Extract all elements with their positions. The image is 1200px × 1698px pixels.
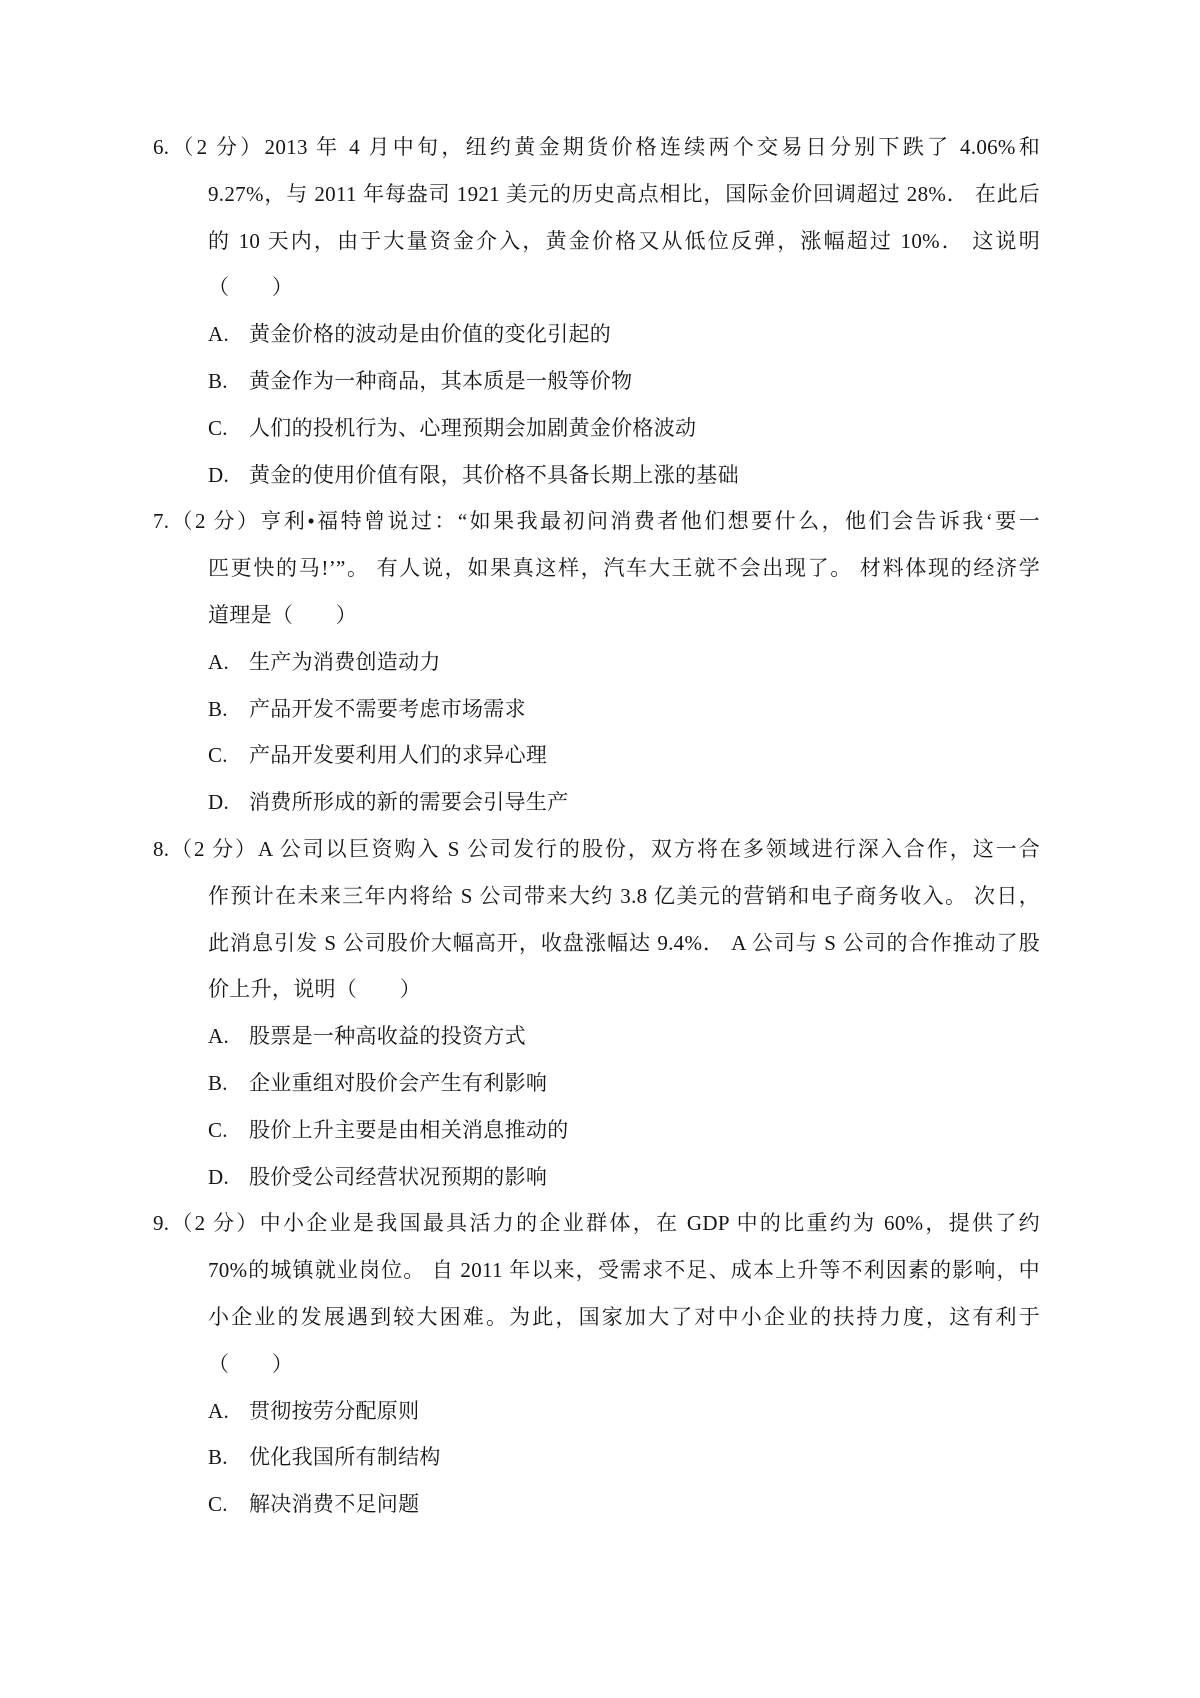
question-6-stem-line-2: 9.27%，与 2011 年每盎司 1921 美元的历史高点相比，国际金价回调超… (208, 171, 1040, 218)
question-7-option-d: D.消费所形成的新的需要会引导生产 (208, 779, 1040, 826)
option-label: B. (208, 686, 249, 733)
question-9-stem-line-3: 小企业的发展遇到较大困难。为此，国家加大了对中小企业的扶持力度，这有利于 (208, 1294, 1040, 1341)
question-9-option-c: C.解决消费不足问题 (208, 1481, 1040, 1528)
question-6-stem-line-1: 6.（2 分）2013 年 4 月中旬，纽约黄金期货价格连续两个交易日分别下跌了… (153, 124, 1040, 171)
question-8-option-d: D.股价受公司经营状况预期的影响 (208, 1154, 1040, 1201)
option-label: C. (208, 732, 249, 779)
question-8-stem-line-1: 8.（2 分）A 公司以巨资购入 S 公司发行的股份，双方将在多领域进行深入合作… (153, 826, 1040, 873)
question-7-option-b: B.产品开发不需要考虑市场需求 (208, 686, 1040, 733)
question-9-option-a: A.贯彻按劳分配原则 (208, 1388, 1040, 1435)
exam-document-page: 6.（2 分）2013 年 4 月中旬，纽约黄金期货价格连续两个交易日分别下跌了… (0, 0, 1200, 1698)
question-7: 7.（2 分）亨利•福特曾说过：“如果我最初问消费者他们想要什么，他们会告诉我‘… (153, 498, 1040, 826)
question-8: 8.（2 分）A 公司以巨资购入 S 公司发行的股份，双方将在多领域进行深入合作… (153, 826, 1040, 1200)
option-label: A. (208, 1388, 249, 1435)
question-8-stem-line-3: 此消息引发 S 公司股价大幅高开，收盘涨幅达 9.4%． A 公司与 S 公司的… (208, 920, 1040, 967)
option-text: 黄金作为一种商品，其本质是一般等价物 (249, 369, 632, 393)
question-9-stem-line-2: 70%的城镇就业岗位。 自 2011 年以来，受需求不足、成本上升等不利因素的影… (208, 1247, 1040, 1294)
option-label: A. (208, 311, 249, 358)
question-7-option-a: A.生产为消费创造动力 (208, 639, 1040, 686)
option-label: A. (208, 639, 249, 686)
question-6-stem-line-3: 的 10 天内，由于大量资金介入，黄金价格又从低位反弹，涨幅超过 10%． 这说… (208, 218, 1040, 265)
question-6-option-d: D.黄金的使用价值有限，其价格不具备长期上涨的基础 (208, 452, 1040, 499)
question-9-stem-line-1: 9.（2 分）中小企业是我国最具活力的企业群体，在 GDP 中的比重约为 60%… (153, 1200, 1040, 1247)
question-7-option-c: C.产品开发要利用人们的求异心理 (208, 732, 1040, 779)
option-text: 解决消费不足问题 (249, 1492, 419, 1516)
option-text: 生产为消费创造动力 (249, 650, 441, 674)
option-label: B. (208, 358, 249, 405)
question-6-option-c: C.人们的投机行为、心理预期会加剧黄金价格波动 (208, 405, 1040, 452)
option-text: 股价受公司经营状况预期的影响 (249, 1165, 547, 1189)
option-label: D. (208, 779, 249, 826)
option-text: 优化我国所有制结构 (249, 1445, 441, 1469)
question-6-option-a: A.黄金价格的波动是由价值的变化引起的 (208, 311, 1040, 358)
option-label: D. (208, 1154, 249, 1201)
question-7-stem-line-2: 匹更快的马!’”。 有人说，如果真这样，汽车大王就不会出现了。 材料体现的经济学 (208, 545, 1040, 592)
option-text: 企业重组对股价会产生有利影响 (249, 1071, 547, 1095)
option-label: B. (208, 1060, 249, 1107)
question-9: 9.（2 分）中小企业是我国最具活力的企业群体，在 GDP 中的比重约为 60%… (153, 1200, 1040, 1528)
option-label: B. (208, 1434, 249, 1481)
option-text: 黄金的使用价值有限，其价格不具备长期上涨的基础 (249, 463, 739, 487)
question-8-stem-line-2: 作预计在未来三年内将给 S 公司带来大约 3.8 亿美元的营销和电子商务收入。 … (208, 873, 1040, 920)
option-label: A. (208, 1013, 249, 1060)
option-text: 贯彻按劳分配原则 (249, 1399, 419, 1423)
option-text: 黄金价格的波动是由价值的变化引起的 (249, 322, 611, 346)
option-text: 股票是一种高收益的投资方式 (249, 1024, 526, 1048)
question-9-answer-brackets: （ ） (208, 1341, 1040, 1388)
option-text: 人们的投机行为、心理预期会加剧黄金价格波动 (249, 416, 696, 440)
option-text: 股价上升主要是由相关消息推动的 (249, 1118, 569, 1142)
option-label: C. (208, 405, 249, 452)
question-7-stem-line-1: 7.（2 分）亨利•福特曾说过：“如果我最初问消费者他们想要什么，他们会告诉我‘… (153, 498, 1040, 545)
question-6-option-b: B.黄金作为一种商品，其本质是一般等价物 (208, 358, 1040, 405)
questions-content: 6.（2 分）2013 年 4 月中旬，纽约黄金期货价格连续两个交易日分别下跌了… (153, 124, 1040, 1528)
question-7-answer-brackets: 道理是（ ） (208, 592, 1040, 639)
option-label: D. (208, 452, 249, 499)
question-6-answer-brackets: （ ） (208, 264, 1040, 311)
question-8-answer-brackets: 价上升，说明（ ） (208, 966, 1040, 1013)
option-label: C. (208, 1481, 249, 1528)
question-8-option-b: B.企业重组对股价会产生有利影响 (208, 1060, 1040, 1107)
option-text: 产品开发要利用人们的求异心理 (249, 743, 547, 767)
option-text: 消费所形成的新的需要会引导生产 (249, 790, 569, 814)
question-8-option-a: A.股票是一种高收益的投资方式 (208, 1013, 1040, 1060)
option-label: C. (208, 1107, 249, 1154)
question-8-option-c: C.股价上升主要是由相关消息推动的 (208, 1107, 1040, 1154)
question-9-option-b: B.优化我国所有制结构 (208, 1434, 1040, 1481)
option-text: 产品开发不需要考虑市场需求 (249, 697, 526, 721)
question-6: 6.（2 分）2013 年 4 月中旬，纽约黄金期货价格连续两个交易日分别下跌了… (153, 124, 1040, 498)
